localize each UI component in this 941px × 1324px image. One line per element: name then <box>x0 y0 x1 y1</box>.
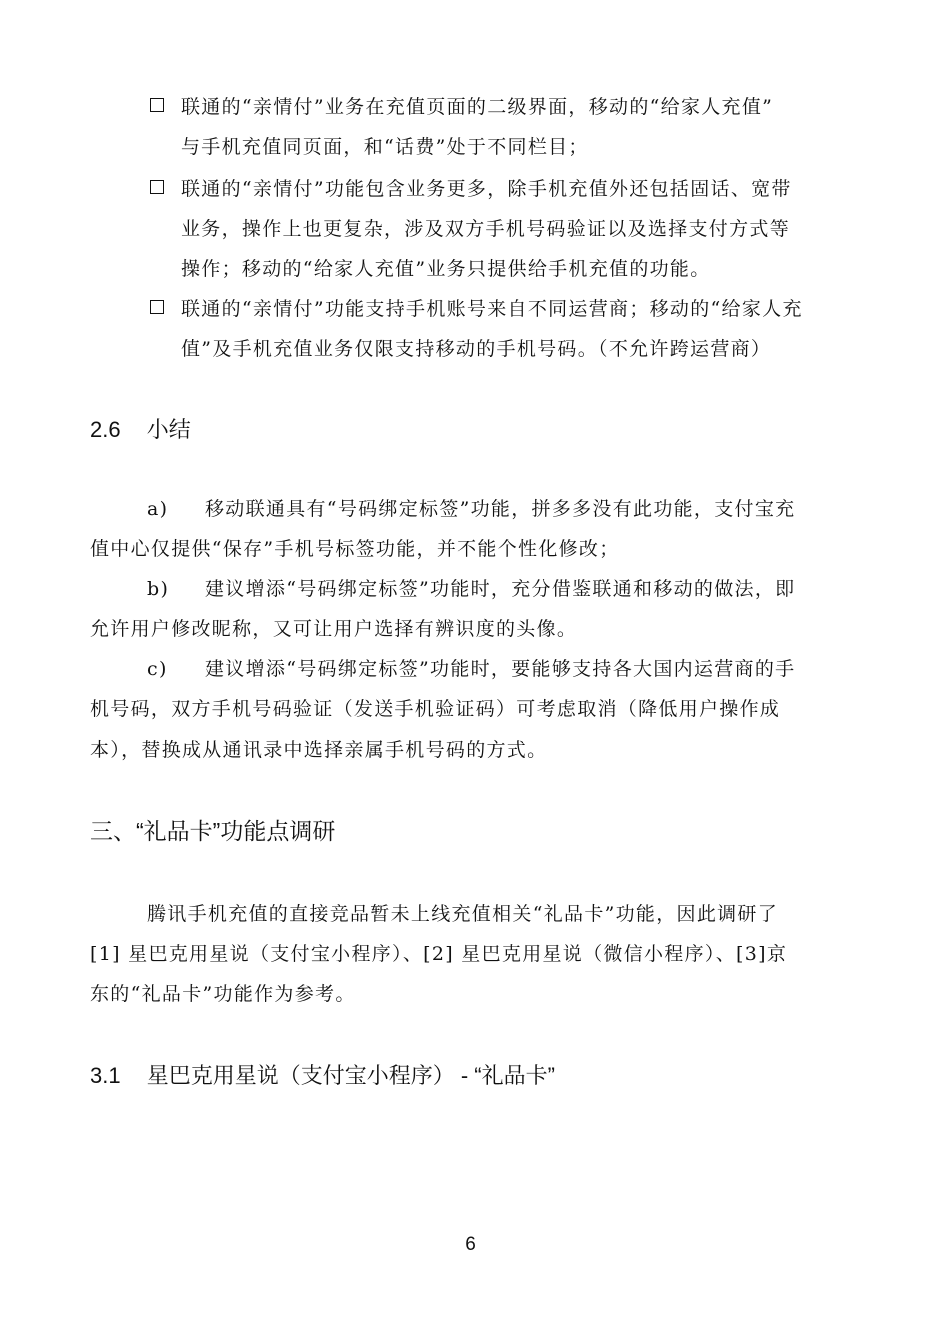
section-title: 小结 <box>147 417 191 442</box>
checkbox-icon <box>150 180 164 194</box>
section-title: 星巴克用星说（支付宝小程序） - “礼品卡” <box>147 1063 555 1088</box>
item-b-line-2: 允许用户修改昵称，又可让用户选择有辨识度的头像。 <box>90 617 577 641</box>
bullet-3-line-2: 值”及手机充值业务仅限支持移动的手机号码。（不允许跨运营商） <box>181 337 771 361</box>
page-number: 6 <box>0 1234 941 1256</box>
section-heading-2-6: 2.6 小结 <box>90 416 191 444</box>
checkbox-icon <box>150 300 164 314</box>
bullet-1-line-1: 联通的“亲情付”业务在充值页面的二级界面，移动的“给家人充值” <box>181 95 773 119</box>
section-heading-3-1: 3.1 星巴克用星说（支付宝小程序） - “礼品卡” <box>90 1062 555 1090</box>
item-a-marker: a) <box>147 497 168 521</box>
intro-line-2: [1] 星巴克用星说（支付宝小程序）、[2] 星巴克用星说（微信小程序）、[3]… <box>90 942 787 966</box>
item-a-line-2: 值中心仅提供“保存”手机号标签功能，并不能个性化修改； <box>90 537 620 561</box>
checkbox-icon <box>150 98 164 112</box>
item-c-line-3: 本），替换成从通讯录中选择亲属手机号码的方式。 <box>90 738 547 762</box>
bullet-2-line-2: 业务，操作上也更复杂，涉及双方手机号码验证以及选择支付方式等 <box>181 217 790 241</box>
intro-line-3: 东的“礼品卡”功能作为参考。 <box>90 982 356 1006</box>
item-c-line-1: 建议增添“号码绑定标签”功能时，要能够支持各大国内运营商的手 <box>205 657 795 681</box>
item-a-line-1: 移动联通具有“号码绑定标签”功能，拼多多没有此功能，支付宝充 <box>205 497 795 521</box>
bullet-2-line-1: 联通的“亲情付”功能包含业务更多，除手机充值外还包括固话、宽带 <box>181 177 792 201</box>
chapter-heading-3: 三、“礼品卡”功能点调研 <box>90 816 335 846</box>
item-c-line-2: 机号码，双方手机号码验证（发送手机验证码）可考虑取消（降低用户操作成 <box>90 697 780 721</box>
section-number: 2.6 <box>90 417 121 442</box>
item-c-marker: c) <box>147 657 168 681</box>
item-b-line-1: 建议增添“号码绑定标签”功能时，充分借鉴联通和移动的做法，即 <box>205 577 795 601</box>
section-number: 3.1 <box>90 1063 121 1088</box>
item-b-marker: b) <box>147 577 169 601</box>
bullet-3-line-1: 联通的“亲情付”功能支持手机账号来自不同运营商；移动的“给家人充 <box>181 297 803 321</box>
intro-line-1: 腾讯手机充值的直接竞品暂未上线充值相关“礼品卡”功能，因此调研了 <box>147 902 778 926</box>
bullet-2-line-3: 操作；移动的“给家人充值”业务只提供给手机充值的功能。 <box>181 257 711 281</box>
bullet-1-line-2: 与手机充值同页面，和“话费”处于不同栏目； <box>181 135 589 159</box>
